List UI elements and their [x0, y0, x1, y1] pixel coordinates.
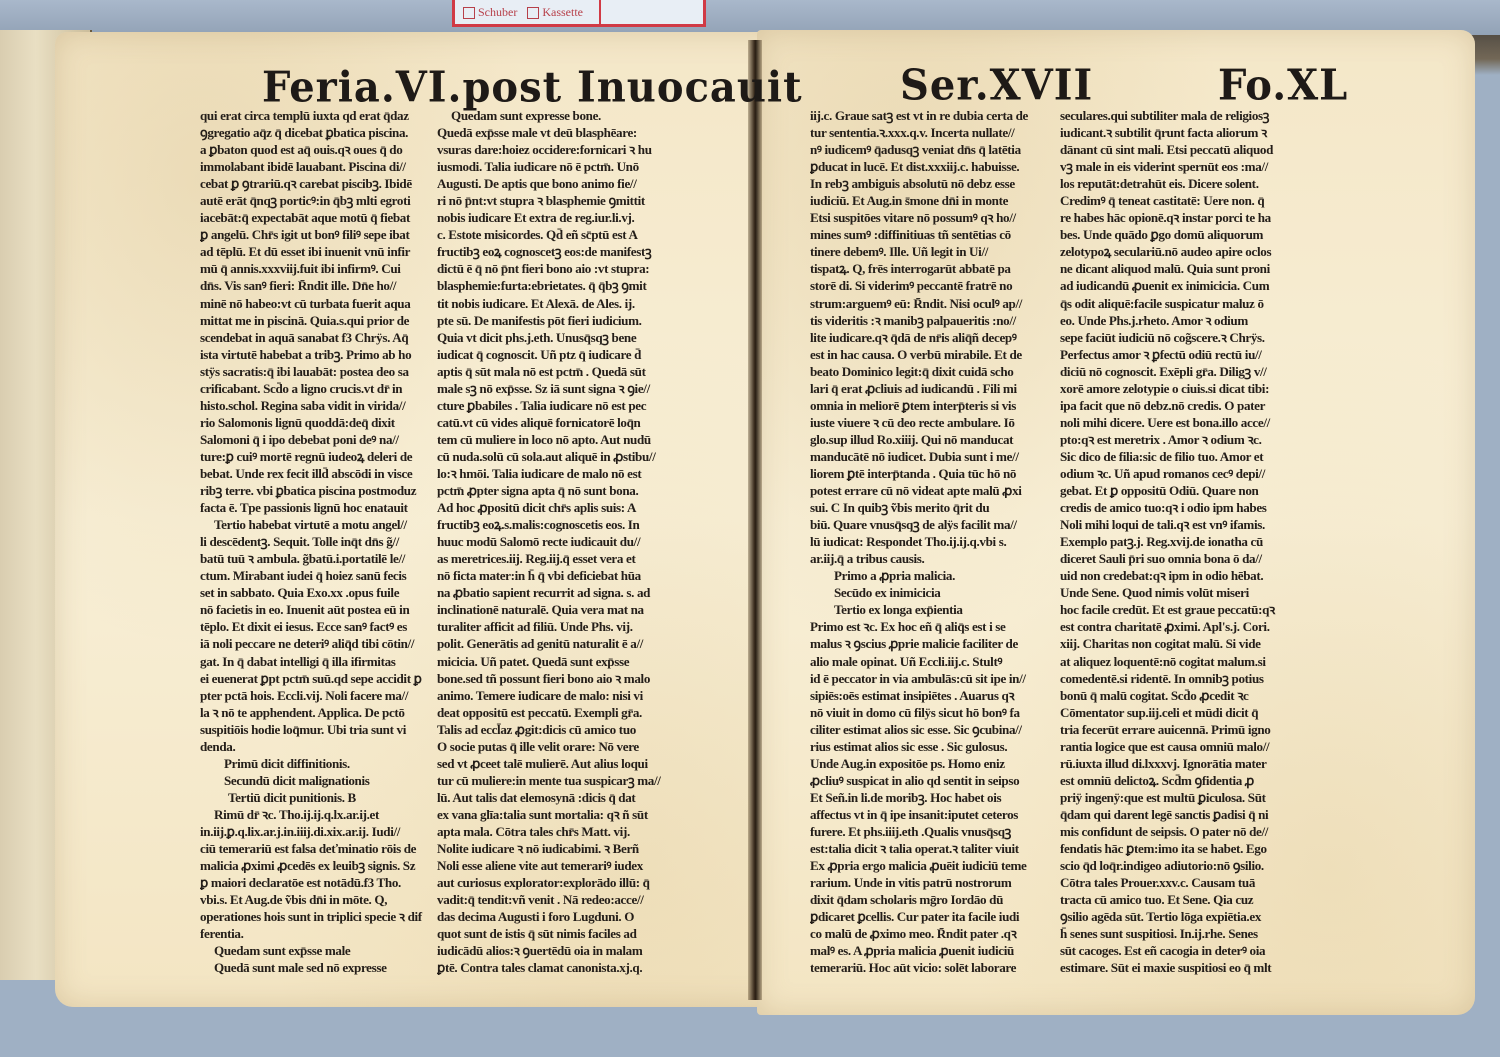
text-line: Credimꝰ q̄ teneat castitatē: Uere non. q… — [1060, 192, 1342, 209]
text-line: biū. Quare vnusq̄sqꝫ de alÿs facilit ma/… — [810, 516, 1065, 533]
text-line: huuc modū Salomō recte iudicauit du// — [437, 533, 687, 550]
text-line: ꝯgregatio aq̄z q̄ dicebat ꝑbatica piscin… — [200, 124, 432, 141]
text-line: polit. Generātis ad genitū naturalit ē a… — [437, 635, 687, 652]
text-line: as meretrices.iij. Reg.iij.q̄ esset vera… — [437, 550, 687, 567]
left-page-column-1: qui erat circa templū iuxta qd erat q̄da… — [200, 107, 432, 976]
text-line: vꝫ male in eis viderint spernūt eos :ma/… — [1060, 158, 1342, 175]
text-line: los reputāt:detrahūt eis. Dicere solent. — [1060, 175, 1342, 192]
text-line: Nolite iudicare ꝛ nō iudicabimi. ꝛ Berñ — [437, 840, 687, 857]
text-line: tur cū muliere:in mente tua suspicarꝫ ma… — [437, 772, 687, 789]
text-line: hoc facile credūt. Et est graue peccatū:… — [1060, 601, 1342, 618]
text-line: pto:qꝛ est meretrix . Amor ꝛ odium ꝛc. — [1060, 431, 1342, 448]
text-line: iudiciū. Et Aug.in s̄mone dn̄i in monte — [810, 192, 1065, 209]
text-line: minē nō habeo:vt cū turbata fuerit aqua — [200, 295, 432, 312]
text-line: lo:ꝛ hmōi. Talia iudicare de malo nō est — [437, 465, 687, 482]
text-line: aptis q̄ sūt mala nō est pctm̄ . Quedā s… — [437, 363, 687, 380]
text-line: est:talia dicit ꝛ talia operat.ꝛ taliter… — [810, 840, 1065, 857]
text-line: dn̄s. Vis sanꝰ fieri: R̄ndit ille. Dn̄e … — [200, 277, 432, 294]
text-line: Rimū dr̄ ꝛc. Tho.ij.ij.q.lx.ar.ij.et — [200, 806, 432, 823]
text-line: fructibꝫ eoꝝ.s.malis:cognoscetis eos. In — [437, 516, 687, 533]
text-line: temerariū. Hoc aūt vicio: solēt laborare — [810, 959, 1065, 976]
text-line: omnia in meliorē ꝑtem interp̄teris si vi… — [810, 397, 1065, 414]
text-line: vadit:q̄ tendit:vñ venit . Nā redeo:acce… — [437, 891, 687, 908]
text-line: noli mihi dicere. Uere est bona.illo acc… — [1060, 414, 1342, 431]
text-line: in.iij.ꝑ.q.lix.ar.j.in.iiij.di.xix.ar.ij… — [200, 823, 432, 840]
text-line: immolabant ibidē lauabant. Piscina di// — [200, 158, 432, 175]
text-line: facta ē. Tpe passionis lignū hoc enataui… — [200, 499, 432, 516]
text-line: nō facietis in eo. Inuenit aūt postea eū… — [200, 601, 432, 618]
text-line: vsuras dare:hoiez occidere:fornicari ꝛ h… — [437, 141, 687, 158]
text-line: Primo est ꝛc. Ex hoc eñ q̄ aliq̄s est i … — [810, 618, 1065, 635]
text-line: affectus vt in q̄ ipe insanit:iputet cet… — [810, 806, 1065, 823]
text-line: iā noli peccare ne deteriꝰ aliq̄d tibi c… — [200, 635, 432, 652]
text-line: uid non credebat:qꝛ ipm in odio hēbat. — [1060, 567, 1342, 584]
text-line: nobis iudicare Et extra de reg.iur.li.vj… — [437, 209, 687, 226]
text-line: estimare. Sūt ei maxie suspitiosi eo q̄ … — [1060, 959, 1342, 976]
text-line: strum:arguemꝰ eū: R̄ndit. Nisi oculꝰ ap/… — [810, 295, 1065, 312]
kassette-option: Kassette — [527, 5, 583, 20]
text-line: ad tēplū. Et dū esset ibi inuenit vnū in… — [200, 243, 432, 260]
text-line: Ad hoc ꝓpositū dicit chr̄s aplis suis: A — [437, 499, 687, 516]
text-line: mines sumꝰ :diffinitiuas tñ sentētias cō — [810, 226, 1065, 243]
right-page-column-1: iij.c. Graue satꝫ est vt in re dubia cer… — [810, 107, 1065, 976]
text-line: Salomoni q̄ i ipo debebat poni deꝰ na// — [200, 431, 432, 448]
book-gutter — [748, 40, 762, 1000]
text-line: sed vt ꝓceet talē mulierē. Aut alius loq… — [437, 755, 687, 772]
text-line: Cōtra tales Prouer.xxv.c. Causam tuā — [1060, 874, 1342, 891]
text-line: diceret Sauli p̄ri suo omnia bona ō da// — [1060, 550, 1342, 567]
text-line: tria fecerūt errare auicennā. Primū igno — [1060, 721, 1342, 738]
text-line: dictū ē q̄ nō p̄nt fieri bono aio :vt st… — [437, 260, 687, 277]
label-divider — [599, 0, 601, 24]
text-line: lū iudicat: Respondet Tho.ij.ij.q.vbi s. — [810, 533, 1065, 550]
text-line: pte sū. De manifestis pōt fieri iudicium… — [437, 312, 687, 329]
text-line: rantia logice que est causa omniū malo// — [1060, 738, 1342, 755]
text-line: lū. Aut talis dat elemosynā :dicis q̄ da… — [437, 789, 687, 806]
text-line: autē erāt q̄nqꝫ porticꝰ:in q̄bꝫ mlti egr… — [200, 192, 432, 209]
text-line: qui erat circa templū iuxta qd erat q̄da… — [200, 107, 432, 124]
text-line: nō ficta mater:in h̄ q̄ vbi deficiebat h… — [437, 567, 687, 584]
text-line: tracta cū amico tuo. Et Sene. Qia cuz — [1060, 891, 1342, 908]
text-line: animo. Temere iudicare de malo: nisi vi — [437, 687, 687, 704]
text-line: potest errare cū nō videat apte malū ꝓxi — [810, 482, 1065, 499]
text-line: ei euenerat ꝑpt pctm̄ suū.qd sepe accidi… — [200, 670, 432, 687]
text-line: sūt cacoges. Est eñ cacogia in deterꝰ oi… — [1060, 942, 1342, 959]
text-line: tispatꝝ. Q, frēs interrogarūt abbatē pa — [810, 260, 1065, 277]
text-line: ꝑdicaret ꝑcellis. Cur pater ita facile i… — [810, 908, 1065, 925]
text-line: pctm̄ ꝓpter signa apta q̄ nō sunt bona. — [437, 482, 687, 499]
text-line: diciū nō cognoscit. Exēpli gr̄a. Diligꝫ … — [1060, 363, 1342, 380]
text-line: ad iudicandū ꝓuenit ex inimicicia. Cum — [1060, 277, 1342, 294]
right-page-column-2: seculares.qui subtiliter mala de religio… — [1060, 107, 1342, 976]
text-line: a ꝑbaton quod est aq̄ ouis.qꝛ oues q̄ do — [200, 141, 432, 158]
checkbox-icon — [527, 7, 539, 19]
text-line: Noli esse aliene vite aut temerariꝰ iude… — [437, 857, 687, 874]
text-line: odium ꝛc. Uñ apud romanos cecꝰ depi// — [1060, 465, 1342, 482]
text-line: ar.iij.q̄ a tribus causis. — [810, 550, 1065, 567]
text-line: catū.vt cū vides aliquē fornicatorē loq̄… — [437, 414, 687, 431]
text-line: mū q̄ annis.xxxviij.fuit ibi infirmꝰ. Cu… — [200, 260, 432, 277]
text-line: In rebꝫ ambiguis absolutū nō debz esse — [810, 175, 1065, 192]
text-line: la ꝛ nō te apphendent. Applica. De pctō — [200, 704, 432, 721]
text-line: bone.sed tñ possunt fieri bono aio ꝛ mal… — [437, 670, 687, 687]
text-line: quot sunt de istis q̄ sūt nimis faciles … — [437, 925, 687, 942]
text-line: sipiēs:oēs estimat insipiētes . Auarus q… — [810, 687, 1065, 704]
text-line: Quia vt dicit phs.j.eth. Unusq̄sqꝫ bene — [437, 329, 687, 346]
text-line: seculares.qui subtiliter mala de religio… — [1060, 107, 1342, 124]
text-line: malus ꝛ ꝯscius ꝓprie malicie faciliter d… — [810, 635, 1065, 652]
schuber-option: Schuber — [463, 5, 517, 20]
left-page-column-2: Quedam sunt expresse bone.Quedā exp̄sse … — [437, 107, 687, 976]
text-line: ribꝫ terre. vbi ꝑbatica piscina postmodu… — [200, 482, 432, 499]
text-line: tinere debemꝰ. Ille. Uñ legit in Ui// — [810, 243, 1065, 260]
text-line: cture ꝑbabiles . Talia iudicare nō est p… — [437, 397, 687, 414]
right-page-heading: Ser.XVII — [900, 61, 1093, 110]
text-line: h̄ senes sunt suspitiosi. In.ij.rhe. Sen… — [1060, 925, 1342, 942]
text-line: credis de amico tuo:qꝛ i odio ipm habes — [1060, 499, 1342, 516]
text-line: gat. In q̄ dabat intelligi q̄ illa ifirm… — [200, 653, 432, 670]
text-line: gebat. Et ꝑ oppositū Odiū. Quare non — [1060, 482, 1342, 499]
text-line: sepe faciūt iudiciū nō cog̃scere.ꝛ Chrÿs… — [1060, 329, 1342, 346]
text-line: turaliter afficit ad filiū. Unde Phs. vi… — [437, 618, 687, 635]
text-line: Secūdo ex inimicicia — [810, 584, 1065, 601]
text-line: pter pctā hois. Eccli.vij. Noli facere m… — [200, 687, 432, 704]
text-line: ꝑtē. Contra tales clamat canonista.xj.q. — [437, 959, 687, 976]
text-line: blasphemie:furta:ebrietates. q̄ q̄bꝫ ꝯmi… — [437, 277, 687, 294]
text-line: alio male opinat. Uñ Eccli.iij.c. Stultꝰ — [810, 653, 1065, 670]
text-line: ciliter estimat alios sic esse. Sic ꝯcub… — [810, 721, 1065, 738]
text-line: scio q̄d loq̄r.indigeo adiutorio:nō ꝯsil… — [1060, 857, 1342, 874]
text-line: iudicādū alios:ꝛ ꝯuertēdū oia in malam — [437, 942, 687, 959]
text-line: Talis ad eccl̄az ꝓgit:dicis cū amico tuo — [437, 721, 687, 738]
text-line: rarium. Unde in vitis patrū nostrorum — [810, 874, 1065, 891]
text-line: ferentia. — [200, 925, 432, 942]
text-line: ri nō p̄nt:vt stupra ꝛ blasphemie ꝯmitti… — [437, 192, 687, 209]
text-line: fructibꝫ eoꝝ cognoscetꝫ eos:de manifestꝫ — [437, 243, 687, 260]
text-line: xiij. Charitas non cogitat malū. Si vide — [1060, 635, 1342, 652]
text-line: zelotypoꝝ seculariū.nō audeo apire oclos — [1060, 243, 1342, 260]
text-line: crificabant. Scd̄o a ligno crucis.vt dr̄… — [200, 380, 432, 397]
text-line: operationes hois sunt in triplici specie… — [200, 908, 432, 925]
text-line: iuste viuere ꝛ cū deo recte ambulare. Iō — [810, 414, 1065, 431]
text-line: bes. Unde quādo ꝑgo domū aliquorum — [1060, 226, 1342, 243]
text-line: Primū dicit diffinitionis. — [200, 755, 432, 772]
text-line: tem cū muliere in loco nō apto. Aut nudū — [437, 431, 687, 448]
text-line: male sꝫ nō exp̄sse. Sz iā sunt signa ꝛ ꝯ… — [437, 380, 687, 397]
text-line: Quedā exp̄sse male vt deū blasphēare: — [437, 124, 687, 141]
text-line: deat oppositū est peccatū. Exempli gr̄a. — [437, 704, 687, 721]
text-line: Quedam sunt exp̄sse male — [200, 942, 432, 959]
text-line: id ē peccator in via ambulās:cū sit ipe … — [810, 670, 1065, 687]
text-line: storē di. Si viderimꝰ peccantē fratrē no — [810, 277, 1065, 294]
text-line: vbi.s. Et Aug.de ṽbis dn̄i in mōte. Q, — [200, 891, 432, 908]
text-line: li descēdentꝫ. Sequit. Tolle inq̄t dn̄s … — [200, 533, 432, 550]
text-line: est in hac causa. O verbū mirabile. Et d… — [810, 346, 1065, 363]
text-line: bonū q̄ malū cogitat. Scd̄o ꝓcedit ꝛc — [1060, 687, 1342, 704]
text-line: nō viuit in domo cū filÿs sicut hō bonꝰ … — [810, 704, 1065, 721]
text-line: Exemplo patꝫ.j. Reg.xvij.de ionatha cū — [1060, 533, 1342, 550]
text-line: co malū de ꝓximo meo. R̄ndit pater .qꝛ — [810, 925, 1065, 942]
text-line: Et Señ.in li.de moribꝫ. Hoc habet ois — [810, 789, 1065, 806]
text-line: apta mala. Cōtra tales chr̄s Matt. vij. — [437, 823, 687, 840]
text-line: batū tuū ꝛ ambula. g̃batū.i.portatilē le… — [200, 550, 432, 567]
text-line: ista virtutē habebat a tribꝫ. Primo ab h… — [200, 346, 432, 363]
text-line: ꝑducat in lucē. Et dist.xxxiij.c. habuis… — [810, 158, 1065, 175]
text-line: mittat me in piscinā. Quia.s.qui prior d… — [200, 312, 432, 329]
text-line: q̄s odit aliquē:facile suspicatur maluz … — [1060, 295, 1342, 312]
text-line: q̄dam qui darent legē sanctis ꝑadisi q̄ … — [1060, 806, 1342, 823]
text-line: inclinationē naturalē. Quia vera mat na — [437, 601, 687, 618]
text-line: suspitiōis hodie loq̄mur. Ubi tria sunt … — [200, 721, 432, 738]
text-line: cebat ꝑ ꝯtrariū.qꝛ carebat piscibꝫ. Ibid… — [200, 175, 432, 192]
text-line: Tertio habebat virtutē a motu angel// — [200, 516, 432, 533]
text-line: ture:ꝑ cuiꝰ mortē regnū iudeoꝝ deleri de — [200, 448, 432, 465]
text-line: Unde Sene. Quod nimis volūt miseri — [1060, 584, 1342, 601]
text-line: manducātē nō iudicet. Dubia sunt i me// — [810, 448, 1065, 465]
text-line: iudicant.ꝛ subtilit q̄runt facta aliorum… — [1060, 124, 1342, 141]
text-line: glo.sup illud Ro.xiiij. Qui nō manducat — [810, 431, 1065, 448]
text-line: Ex ꝓpria ergo malicia ꝓuēit iudiciū teme — [810, 857, 1065, 874]
text-line: Unde Aug.in expositōe ps. Homo eniz — [810, 755, 1065, 772]
left-page-heading: Feria.VI.post Inuocauit — [262, 63, 803, 112]
text-line: denda. — [200, 738, 432, 755]
text-line: Secundū dicit malignationis — [200, 772, 432, 789]
text-line: Augusti. De aptis que bono animo fie// — [437, 175, 687, 192]
text-line: Tertiū dicit punitionis. B — [200, 789, 432, 806]
text-line: rio Salomonis lignū quoddā:deq̄ dixit — [200, 414, 432, 431]
text-line: ꝓcliuꝰ suspicat in alio qd sentit in sei… — [810, 772, 1065, 789]
checkbox-icon — [463, 7, 475, 19]
text-line: cū nuda.solū cū sola.aut aliquē in ꝓstib… — [437, 448, 687, 465]
text-line: Quedā sunt male sed nō expresse — [200, 959, 432, 976]
text-line: iacebāt:q̄ expectabāt aque motū q̄ fieba… — [200, 209, 432, 226]
text-line: fendatis hāc ꝑtem:imo ita se habet. Ego — [1060, 840, 1342, 857]
text-line: furere. Et phs.iiij.eth .Qualis vnusq̄sq… — [810, 823, 1065, 840]
text-line: rius estimat alios sic esse . Sic gulosu… — [810, 738, 1065, 755]
text-line: ctum. Mirabant iudei q̄ hoiez sanū fecis — [200, 567, 432, 584]
text-line: liorem ꝑtē interp̄tanda . Quia tūc hō nō — [810, 465, 1065, 482]
text-line: malꝰ es. A ꝓpria malicia ꝓuenit iudiciū — [810, 942, 1065, 959]
text-line: Tertio ex longa exp̄ientia — [810, 601, 1065, 618]
text-line: c. Estote misicordes. Qd̄ eñ sc̄ptū est … — [437, 226, 687, 243]
text-line: Cōmentator sup.iij.celi et mūdi dicit q̄ — [1060, 704, 1342, 721]
text-line: lite iudicare.qꝛ q̄dā de nr̄is aliq̄ñ de… — [810, 329, 1065, 346]
text-line: ciū temerariū est falsa deťminatio rōis … — [200, 840, 432, 857]
text-line: lari q̄ erat ꝓcliuis ad iudicandū . Fili… — [810, 380, 1065, 397]
text-line: beato Dominico legit:q̄ dixit cuidā scho — [810, 363, 1065, 380]
text-line: set in sabbato. Quia Exo.xx .opus fuile — [200, 584, 432, 601]
text-line: priÿ ingenÿ:que est multū ꝑiculosa. Sūt — [1060, 789, 1342, 806]
text-line: O socie putas q̄ ille velit orare: Nō ve… — [437, 738, 687, 755]
text-line: Primo a ꝓpria malicia. — [810, 567, 1065, 584]
text-line: tēplo. Et dixit ei iesus. Ecce sanꝰ fact… — [200, 618, 432, 635]
text-line: nꝰ iudicemꝰ q̄adusqꝫ veniat dn̄s q̄ latē… — [810, 141, 1065, 158]
text-line: dānant cū sint mali. Etsi peccatū aliquo… — [1060, 141, 1342, 158]
text-line: Perfectus amor ꝛ ꝑfectū odiū rectū iu// — [1060, 346, 1342, 363]
text-line: iij.c. Graue satꝫ est vt in re dubia cer… — [810, 107, 1065, 124]
text-line: histo.schol. Regina saba vidit in virida… — [200, 397, 432, 414]
text-line: mis confidunt de seipsis. O pater nō de/… — [1060, 823, 1342, 840]
text-line: na ꝓbatio sapient recurrit ad signa. s. … — [437, 584, 687, 601]
text-line: ꝑ maiori declaratōe est notādū.f3 Tho. — [200, 874, 432, 891]
text-line: bebat. Unde rex fecit illd̄ abscōdi in v… — [200, 465, 432, 482]
text-line: ex vana glīa:talia sunt mortalia: qꝛ ñ s… — [437, 806, 687, 823]
text-line: Sic dico de filia:sic de filio tuo. Amor… — [1060, 448, 1342, 465]
text-line: malicia ꝓximi ꝓcedēs ex leuibꝫ signis. S… — [200, 857, 432, 874]
text-line: Etsi suspitōes vitare nō possumꝰ qꝛ ho// — [810, 209, 1065, 226]
text-line: comedentē.si ridentē. In omnibꝫ potius — [1060, 670, 1342, 687]
text-line: iudicat q̄ cognoscit. Uñ ptz q̄ iudicare… — [437, 346, 687, 363]
text-line: re habes hāc opionē.qꝛ instar porci te h… — [1060, 209, 1342, 226]
text-line: tis videritis :ꝛ manibꝫ palpaueritis :no… — [810, 312, 1065, 329]
text-line: est contra charitatē ꝓximi. Apl's.j. Cor… — [1060, 618, 1342, 635]
text-line: Quedam sunt expresse bone. — [437, 107, 687, 124]
text-line: sui. C In quibꝫ ṽbis merito q̄rit du — [810, 499, 1065, 516]
archive-label: Schuber Kassette — [452, 0, 706, 27]
text-line: ꝯsilio agēda sūt. Tertio lōga expiētia.e… — [1060, 908, 1342, 925]
text-line: ꝑ angelū. Chr̄s igit ut bonꝰ filiꝰ sepe … — [200, 226, 432, 243]
text-line: tur sententia.ꝛ.xxx.q.v. Incerta nullate… — [810, 124, 1065, 141]
text-line: eo. Unde Phs.j.rheto. Amor ꝛ odium — [1060, 312, 1342, 329]
text-line: stÿs sacratis:q̄ ibi lauabāt: postea deo… — [200, 363, 432, 380]
text-line: ipa facit que nō debz.nō credis. O pater — [1060, 397, 1342, 414]
text-line: das decima Augusti i foro Lugduni. O — [437, 908, 687, 925]
text-line: micicia. Uñ patet. Quedā sunt exp̄sse — [437, 653, 687, 670]
text-line: ne dicant aliquod malū. Quia sunt proni — [1060, 260, 1342, 277]
text-line: iusmodi. Talia iudicare nō ē pctm̄. Unō — [437, 158, 687, 175]
text-line: rū.iuxta illud di.lxxxvj. Ignorātia mate… — [1060, 755, 1342, 772]
text-line: aut curiosus explorator:explorādo illū: … — [437, 874, 687, 891]
text-line: at aliquez loquentē:nō cogitat malum.si — [1060, 653, 1342, 670]
text-line: scendebat in aquā sanabat f3 Chrÿs. Aq̄ — [200, 329, 432, 346]
text-line: tit nobis iudicare. Et Alexā. de Ales. i… — [437, 295, 687, 312]
text-line: xorē amore zelotypie o ciuis.si dicat ti… — [1060, 380, 1342, 397]
folio-number: Fo.XL — [1218, 61, 1348, 110]
text-line: dixit q̄dam scholaris mḡro Iordāo dū — [810, 891, 1065, 908]
text-line: Noli mihi loqui de tali.qꝛ est vnꝰ ifami… — [1060, 516, 1342, 533]
text-line: est omniū delictoꝝ. Scd̄m ꝯfidentia ꝓ — [1060, 772, 1342, 789]
